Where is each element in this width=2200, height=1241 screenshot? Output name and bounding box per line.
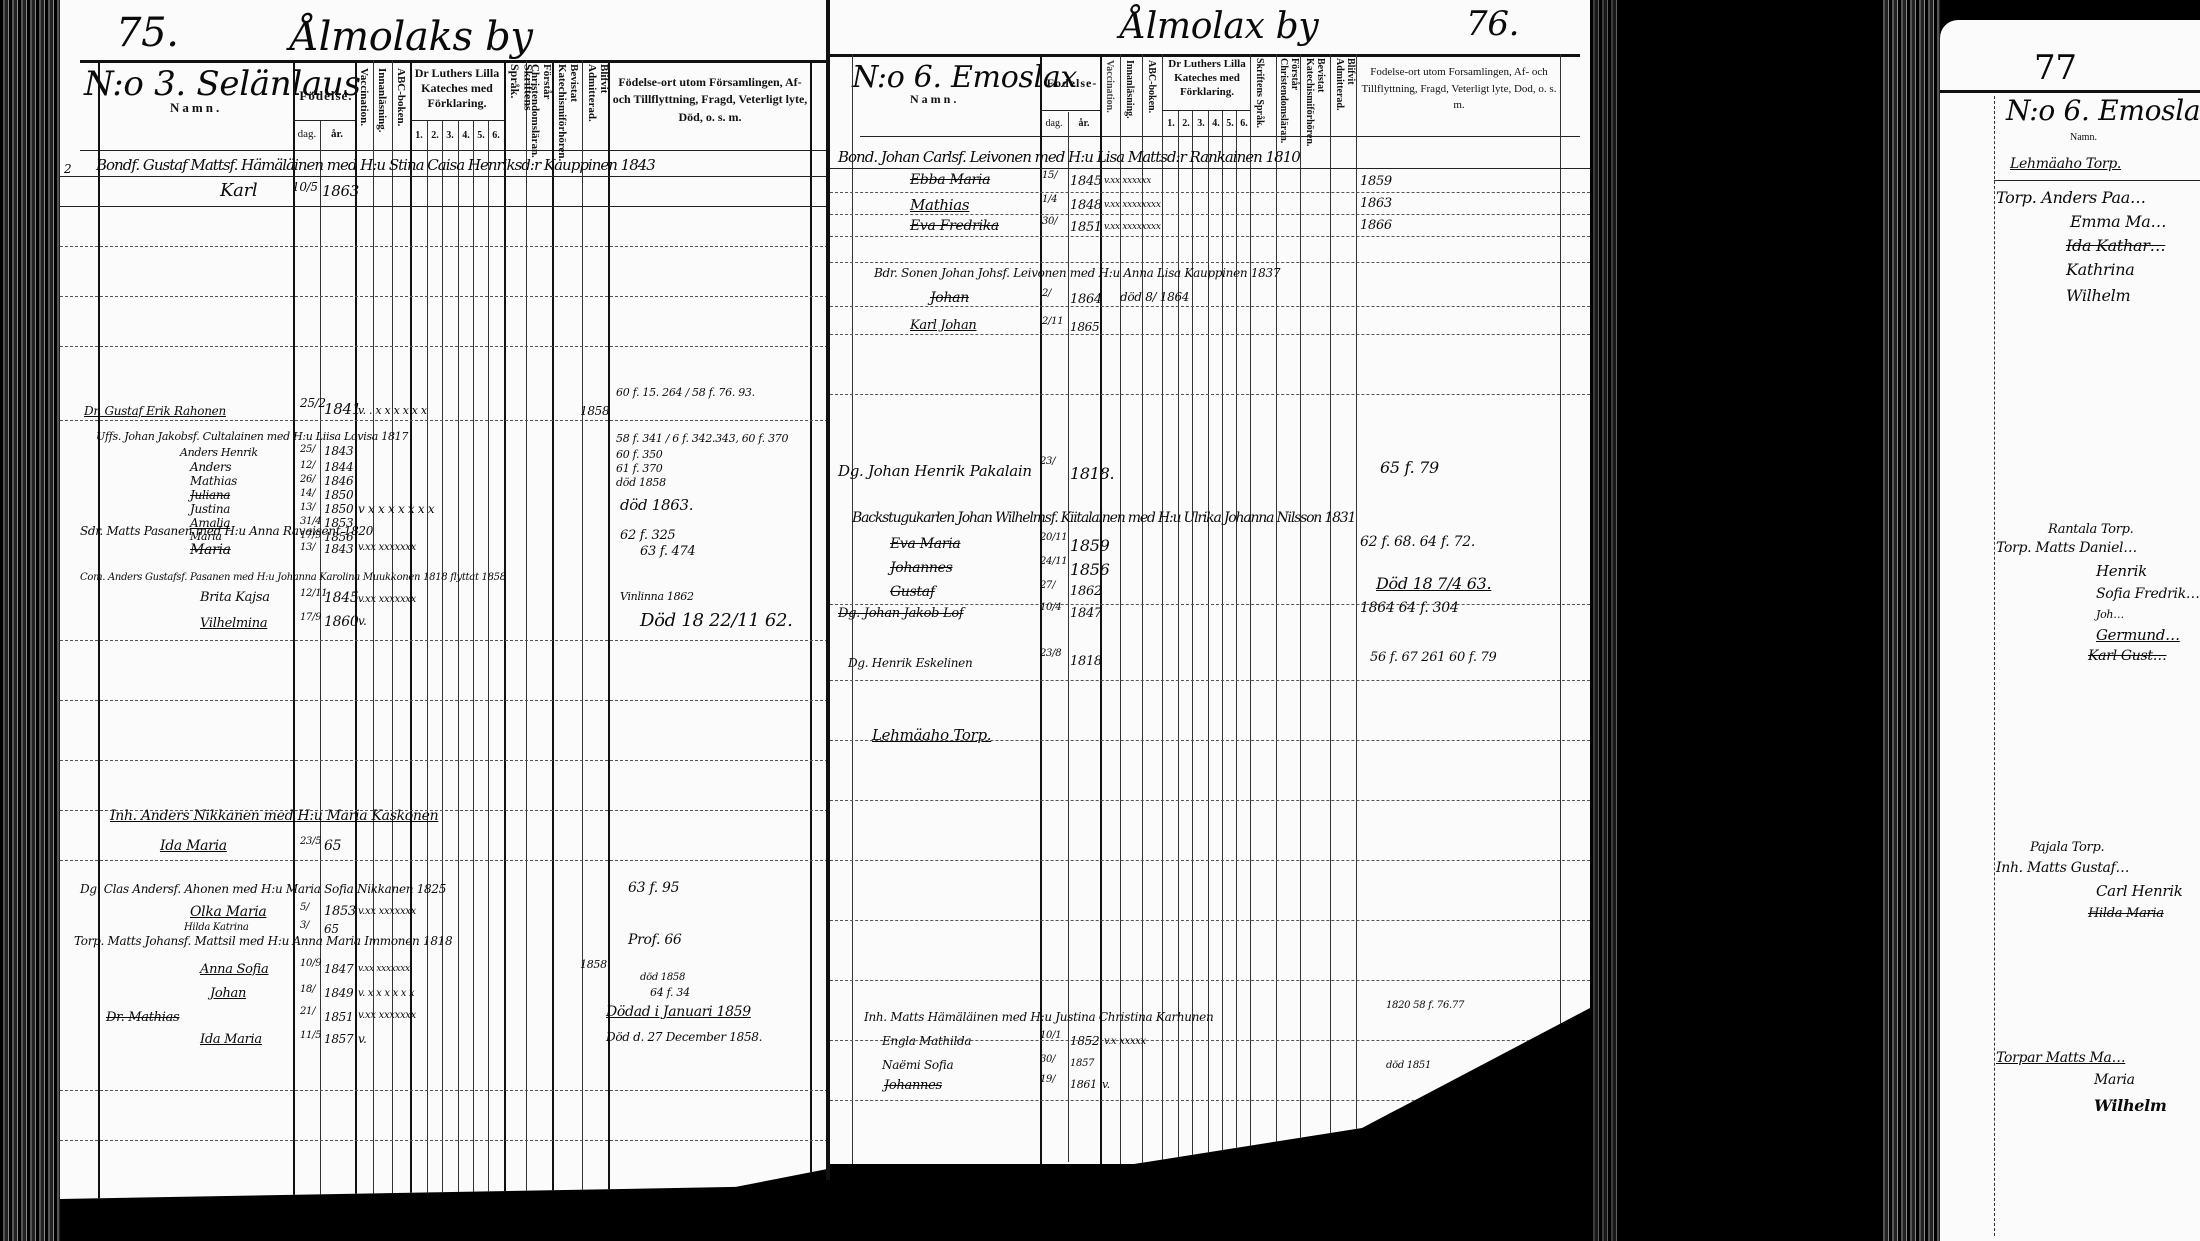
entry-day: 10/1 (1040, 1030, 1061, 1041)
row-rule (60, 246, 828, 247)
col-rule (427, 120, 428, 1200)
col-forstar: Förstår Christendomsläran. (529, 64, 553, 148)
entry-year: 1857 (1070, 1058, 1094, 1069)
entry-name: Karl (220, 180, 257, 201)
entry-day: 23/5 (300, 836, 321, 847)
entry-name: Torp. Anders Paa… (1996, 188, 2146, 207)
entry-notes: 62 f. 325 (620, 528, 675, 543)
entry-notes: Dödad i Januari 1859 (606, 1004, 751, 1020)
entry-notes: 1859 (1360, 174, 1392, 189)
col-rule (1142, 54, 1143, 1164)
entry-day: 13/ (300, 502, 315, 513)
col-bevistat: Bevistat Katechismiförhören. (1304, 58, 1326, 134)
entry-year: 1848 (1070, 198, 1102, 213)
entry-year: 1859 (1070, 536, 1110, 555)
entry-name: Uffs. Johan Jakobsf. Cultalainen med H:u… (96, 430, 408, 443)
col-namn: Namn. (170, 100, 222, 116)
entry-name: Karl Johan (910, 318, 977, 333)
entry-day: 15/ (1042, 170, 1057, 181)
entry-day: 30/ (1042, 216, 1057, 227)
header-top-rule (830, 54, 1580, 57)
entry-notes: Död d. 27 December 1858. (606, 1030, 762, 1044)
subheading-lehmaaho: Lehmäaho Torp. (872, 726, 991, 744)
entry-name: Naëmi Sofia (882, 1058, 953, 1072)
entry-year: 1863 (322, 182, 359, 200)
luther-num-5: 5. (474, 130, 488, 143)
entry-notes: död 1858 (640, 972, 685, 983)
header-top-rule (1940, 90, 2200, 93)
entry-day: 2/ (1042, 288, 1051, 299)
col-rule (552, 60, 554, 1200)
entry-year: 1851 (324, 1010, 353, 1024)
entry-notes: 65 f. 79 (1380, 458, 1439, 477)
col-innanlasning: Innanläsning. (1124, 60, 1135, 134)
entry-name: Bondf. Gustaf Mattsf. Hämäläinen med H:u… (96, 156, 655, 174)
entry-day: 2/11 (1042, 316, 1063, 327)
entry-marks: v. . x x x x x x (358, 404, 427, 417)
entry-name: Kathrina (2066, 260, 2134, 279)
entry-name: Johannes (890, 560, 953, 576)
header-bottom-rule (860, 136, 1580, 137)
entry-marks: v.xx xxxxxxx (358, 1010, 416, 1021)
row-rule (830, 192, 1590, 193)
entry-name: Ida Maria (160, 838, 227, 854)
entry-day: 10/5 (292, 180, 318, 194)
row-rule (60, 176, 828, 177)
row-rule (830, 168, 1590, 169)
entry-marks: v. (358, 1032, 367, 1046)
entry-side: 1858 (580, 958, 607, 971)
entry-name: Engla Mathilda (882, 1034, 971, 1048)
col-rule (504, 60, 506, 1200)
row-rule (830, 980, 1590, 981)
entry-name: Hilda Katrina (184, 922, 249, 933)
row-rule (60, 206, 828, 207)
row-rule (60, 640, 828, 641)
entry-marks: v.xx xxxxxxx (358, 906, 416, 917)
col-rule (608, 60, 610, 1200)
entry-year: 1847 (1070, 606, 1102, 621)
entry-day: 11/5 (300, 1030, 321, 1041)
entry-day: 25/2 (300, 396, 326, 410)
row-rule (60, 346, 828, 347)
luther-num-2: 2. (1179, 118, 1193, 131)
row-rule (830, 334, 1590, 335)
entry-name: Mathias (910, 196, 969, 214)
entry-year: 65 (324, 838, 341, 854)
entry-marks: v x x x x x x x (358, 502, 434, 516)
entry-name: Germund… (2096, 626, 2180, 644)
entry-name: Emma Ma… (2070, 212, 2166, 231)
entry-year: 1852 (1070, 1034, 1099, 1048)
entry-name: Eva Fredrika (910, 218, 999, 234)
entry-notes: 63 f. 95 (628, 880, 679, 896)
col-blifvit: Blifvit Admitterad. (1334, 58, 1356, 134)
entry-year: 1818 (1070, 654, 1102, 669)
entry-name: Bond. Johan Carlsf. Leivonen med H:u Lis… (838, 148, 1300, 166)
entry-day: 24/11 (1040, 556, 1067, 567)
entry-notes: Prof. 66 (628, 932, 682, 948)
entry-name: Torp. Matts Johansf. Mattsil med H:u Ann… (74, 934, 452, 948)
row-rule (830, 214, 1590, 215)
entry-notes: 58 f. 341 / 6 f. 342.343, 60 f. 370 (616, 432, 788, 445)
col-rule (1250, 54, 1251, 1164)
luther-num-4: 4. (1209, 118, 1223, 131)
entry-name: Hilda Maria (2088, 906, 2164, 921)
entry-marks: v. (1102, 1078, 1110, 1091)
entry-name: Dg. Johan Jakob Lof (838, 606, 963, 621)
entry-name: Inh. Anders Nikkanen med H:u Maria Kasko… (110, 808, 438, 824)
col-rule (392, 60, 393, 1200)
scan-edge-left (0, 0, 60, 1241)
entry-notes: död 1863. (620, 496, 693, 514)
entry-marks: v.xx xxxxxxx (358, 964, 410, 974)
entry-year: 1841 (324, 400, 361, 418)
col-bevistat: Bevistat Katechismiförhören. (556, 64, 580, 148)
col-rule (293, 60, 295, 1200)
entry-marks: v.xx xxxxxx (1104, 176, 1151, 186)
right-page: Ålmolax by 76. N:o 6. Emoslax Namn. Fode… (830, 0, 1590, 1200)
entry-year: 1847 (324, 962, 353, 976)
entry-notes: 64 f. 34 (650, 986, 690, 999)
entry-marks: v. x x x x x x (358, 988, 414, 999)
row-rule (60, 296, 828, 297)
entry-name: Maria (2094, 1072, 2135, 1088)
entry-year: 1849 (324, 986, 353, 1000)
entry-day: 20/11 (1040, 532, 1067, 543)
entry-name: Dg. Johan Henrik Pakalain (838, 462, 1032, 480)
entry-name: Ebba Maria (910, 172, 990, 188)
col-abc: ABC-boken. (395, 68, 407, 148)
entry-name: Eva Maria (890, 536, 960, 552)
col-dag: dag. (1042, 118, 1066, 131)
fodelse-sub-rule (293, 120, 355, 121)
col-dag: dag. (295, 128, 319, 142)
entry-notes: 1864 64 f. 304 (1360, 600, 1458, 616)
page-number: 75. (116, 10, 179, 56)
fodelse-sub-rule (1040, 110, 1100, 111)
entry-notes: 63 f. 474 (640, 544, 695, 559)
entry-notes: 1863 (1360, 196, 1392, 211)
subheading: Pajala Torp. (2030, 840, 2104, 855)
row-rule (830, 1100, 1590, 1101)
scan-edge-right (1880, 0, 1940, 1241)
entry-day: 17/9 (300, 612, 321, 623)
entry-notes: 1820 58 f. 76.77 (1386, 1000, 1464, 1011)
entry-year: 1845 (1070, 174, 1102, 189)
col-rule (488, 120, 489, 1200)
luther-sub-rule (1162, 110, 1250, 111)
luther-num-3: 3. (443, 130, 457, 143)
entry-year: 1861 (1070, 1078, 1097, 1091)
entry-name: Wilhelm (2066, 286, 2130, 305)
entry-name: Anders (190, 460, 231, 474)
col-rule (1300, 54, 1301, 1164)
col-rule (355, 60, 357, 1200)
entry-name: Dg. Henrik Eskelinen (848, 656, 972, 670)
col-ar: år. (322, 128, 352, 142)
entry-notes: död 1851 (1386, 1060, 1431, 1071)
col-namn: Namn. (910, 92, 959, 107)
col-forstar: Förstår Christendomsläran. (1278, 58, 1300, 134)
col-rule (1162, 54, 1163, 1164)
subheading: Rantala Torp. (2048, 522, 2133, 537)
entry-day: 13/ (300, 542, 315, 553)
entry-day: 27/ (1040, 580, 1055, 591)
book-spine (826, 0, 830, 1180)
row-rule (830, 680, 1590, 681)
col-rule (1120, 54, 1121, 1164)
row-rule (60, 1090, 828, 1091)
entry-notes: Död 18 7/4 63. (1376, 574, 1491, 593)
col-vaccination: Vaccination. (1104, 60, 1115, 134)
entry-marks: v. (358, 614, 367, 628)
entry-name: Mathias (190, 474, 237, 488)
entry-notes: Vinlinna 1862 (620, 590, 694, 603)
entry-marks: v.x xxxxx (1104, 1036, 1146, 1047)
header-top-rule (80, 60, 828, 63)
household-heading: N:o 6. Emoslax (2006, 94, 2200, 127)
entry-name: Ida Kathar… (2066, 236, 2165, 255)
luther-num-6: 6. (489, 130, 503, 143)
entry-notes: Död 18 22/11 62. (640, 610, 793, 631)
col-rule (526, 60, 527, 1200)
entry-notes: 60 f. 350 (616, 448, 662, 461)
entry-year: 1850 (324, 488, 353, 502)
col-rule (1356, 54, 1357, 1164)
entry-name: Torp. Matts Daniel… (1996, 540, 2137, 556)
col-rule (810, 60, 812, 1200)
page-number: 77 (2034, 48, 2077, 88)
entry-day: 23/8 (1040, 648, 1061, 659)
col-fodelse: Fodelse- (1044, 76, 1100, 91)
entry-name: Brita Kajsa (200, 590, 270, 605)
entry-marks: v.xx xxxxxxx (358, 542, 416, 553)
entry-year: 1850 (324, 502, 353, 516)
village-title: Ålmolax by (1120, 6, 1318, 47)
entry-name: Vilhelmina (200, 616, 267, 631)
col-rule (1330, 54, 1331, 1164)
entry-name: Maria (190, 542, 231, 558)
entry-side: 1858 (580, 404, 609, 418)
col-abc: ABC-boken. (1146, 60, 1157, 134)
entry-name: Karl Gust… (2088, 648, 2166, 664)
row-rule (60, 760, 828, 761)
entry-year: 1851 (1070, 220, 1102, 235)
col-fodelseort: Födelse-ort utom Församlingen, Af- och T… (612, 74, 808, 126)
col-vaccination: Vaccination. (358, 68, 370, 148)
partial-page: 77 N:o 6. Emoslax Namn. Lehmäaho Torp. T… (1940, 20, 2200, 1241)
col-luther: Dr Luthers Lilla Kateches med Förklaring… (412, 66, 502, 111)
entry-year: 1846 (324, 474, 353, 488)
entry-notes: död 1858 (616, 476, 666, 489)
row-rule (830, 860, 1590, 861)
entry-day: 18/ (300, 984, 315, 995)
entry-day: 3/ (300, 920, 309, 931)
entry-day: 23/ (1040, 456, 1055, 467)
entry-notes: 1866 (1360, 218, 1392, 233)
entry-day: 14/ (300, 488, 315, 499)
entry-day: 25/ (300, 444, 315, 455)
entry-name: Henrik (2096, 562, 2147, 580)
entry-marks: v.xx xxxxxxxx (1104, 222, 1161, 232)
entry-name: Joh… (2096, 608, 2124, 621)
col-skrift: Skriftens Språk. (1254, 58, 1265, 134)
village-title: Ålmolaks by (290, 14, 533, 60)
col-rule (98, 60, 100, 1200)
entry-name: Dr. Mathias (106, 1010, 179, 1025)
entry-year: 1843 (324, 542, 353, 556)
entry-name: Dg. Clas Andersf. Ahonen med H:u Maria S… (80, 882, 446, 896)
entry-marks: v.xx xxxxxxxx (1104, 200, 1161, 210)
entry-name: Inh. Matts Gustaf… (1996, 860, 2129, 876)
row-rule (830, 306, 1590, 307)
entry-marks: v.xx xxxxxxx (358, 594, 416, 605)
col-innanlasning: Innanläsning. (376, 68, 388, 148)
entry-name: Backstugukarlen Johan Wilhelmsf. Kiitala… (852, 510, 1355, 526)
entry-year: 1843 (324, 444, 353, 458)
entry-day: 10/4 (1040, 602, 1061, 613)
col-ar: år. (1070, 118, 1098, 131)
entry-notes: 62 f. 68. 64 f. 72. (1360, 534, 1475, 550)
entry-year: 1853 (324, 904, 356, 919)
col-rule (373, 60, 374, 1200)
row-rule (60, 1140, 828, 1141)
entry-year: 1857 (324, 1032, 353, 1046)
entry-name: Juliana (190, 488, 230, 502)
luther-sub-rule (410, 120, 504, 121)
col-rule (473, 120, 474, 1200)
entry-name: Sofia Fredrik… (2096, 586, 2200, 602)
entry-name: Olka Maria (190, 904, 266, 920)
col-fodelseort: Fodelse-ort utom Forsamlingen, Af- och T… (1360, 64, 1558, 114)
luther-num-1: 1. (1164, 118, 1178, 131)
entry-day: 12/ (300, 460, 315, 471)
entry-year: 1844 (324, 460, 353, 474)
entry-name: Bdr. Sonen Johan Johsf. Leivonen med H:u… (874, 266, 1280, 280)
entry-name: Carl Henrik (2096, 882, 2183, 900)
col-rule (1276, 54, 1277, 1164)
entry-name: Dr. Gustaf Erik Rahonen (84, 404, 226, 418)
entry-day: 26/ (300, 474, 315, 485)
entry-year: 1818. (1070, 464, 1114, 483)
entry-name: Com. Anders Gustafsf. Pasanen med H:u Jo… (80, 572, 506, 583)
left-page: 75. Ålmolaks by N:o 3. Selänlaus Namn. F… (60, 0, 828, 1205)
luther-num-3: 3. (1194, 118, 1208, 131)
luther-num-6: 6. (1237, 118, 1251, 131)
entry-notes: 56 f. 67 261 60 f. 79 (1370, 650, 1496, 665)
row-rule (830, 236, 1590, 237)
entry-year: 1862 (1070, 584, 1102, 599)
entry-day: 19/ (1040, 1074, 1055, 1085)
scan-edge-middle (1590, 0, 1620, 1241)
col-luther: Dr Luthers Lilla Kateches med Förklaring… (1164, 58, 1250, 99)
entry-year: 1860 (324, 614, 358, 630)
row-rule (830, 604, 1590, 605)
entry-name: Torpar Matts Ma… (1996, 1050, 2125, 1066)
luther-num-4: 4. (459, 130, 473, 143)
col-rule (410, 60, 412, 1200)
entry-name: Inh. Matts Hämäläinen med H:u Justina Ch… (864, 1010, 1213, 1024)
col-rule (1560, 54, 1561, 1164)
entry-margin: 2 (64, 162, 71, 176)
luther-num-2: 2. (428, 130, 442, 143)
entry-name: Sdr. Matts Pasanen med H:u Anna Ravaisen… (80, 524, 373, 538)
row-rule (60, 420, 828, 421)
entry-notes: 61 f. 370 (616, 462, 662, 475)
col-rule (582, 60, 583, 1200)
luther-num-5: 5. (1223, 118, 1237, 131)
entry-notes: 60 f. 15. 264 / 58 f. 76. 93. (616, 386, 755, 399)
entry-name: Johan (930, 290, 969, 306)
entry-name: Justina (190, 502, 230, 516)
entry-name: Johannes (884, 1078, 942, 1093)
col-blifvit: Blifvit Admitterad. (586, 64, 610, 148)
row-rule (830, 920, 1590, 921)
page-number: 76. (1466, 4, 1519, 44)
entry-year: 1864 (1070, 292, 1102, 307)
entry-day: 1/4 (1042, 194, 1057, 205)
entry-day: 5/ (300, 902, 309, 913)
entry-name: Gustaf (890, 584, 935, 600)
entry-year: 1845 (324, 590, 358, 606)
entry-year: 1865 (1070, 320, 1099, 334)
row-rule (830, 262, 1590, 263)
row-rule (830, 394, 1590, 395)
entry-name: Wilhelm (2094, 1096, 2167, 1115)
entry-name: Anders Henrik (180, 446, 258, 459)
header-bottom-rule (1994, 180, 2200, 181)
col-rule (458, 120, 459, 1200)
col-rule (442, 120, 443, 1200)
entry-day: 10/9 (300, 958, 321, 969)
header-bottom-rule (80, 150, 828, 151)
entry-name: Johan (210, 986, 246, 1001)
luther-num-1: 1. (412, 130, 426, 143)
entry-notes: död 8/ 1864 (1120, 290, 1189, 304)
entry-name: Ida Maria (200, 1032, 262, 1047)
col-fodelse: Födelse. (298, 88, 354, 104)
entry-day: 21/ (300, 1006, 315, 1017)
row-rule (60, 700, 828, 701)
col-namn: Namn. (2070, 132, 2097, 145)
row-rule (830, 800, 1590, 801)
entry-day: 30/ (1040, 1054, 1055, 1065)
row-rule (60, 860, 828, 861)
entry-name: Anna Sofia (200, 962, 268, 977)
entry-year: 1856 (1070, 560, 1110, 579)
subheading: Lehmäaho Torp. (2010, 156, 2121, 172)
